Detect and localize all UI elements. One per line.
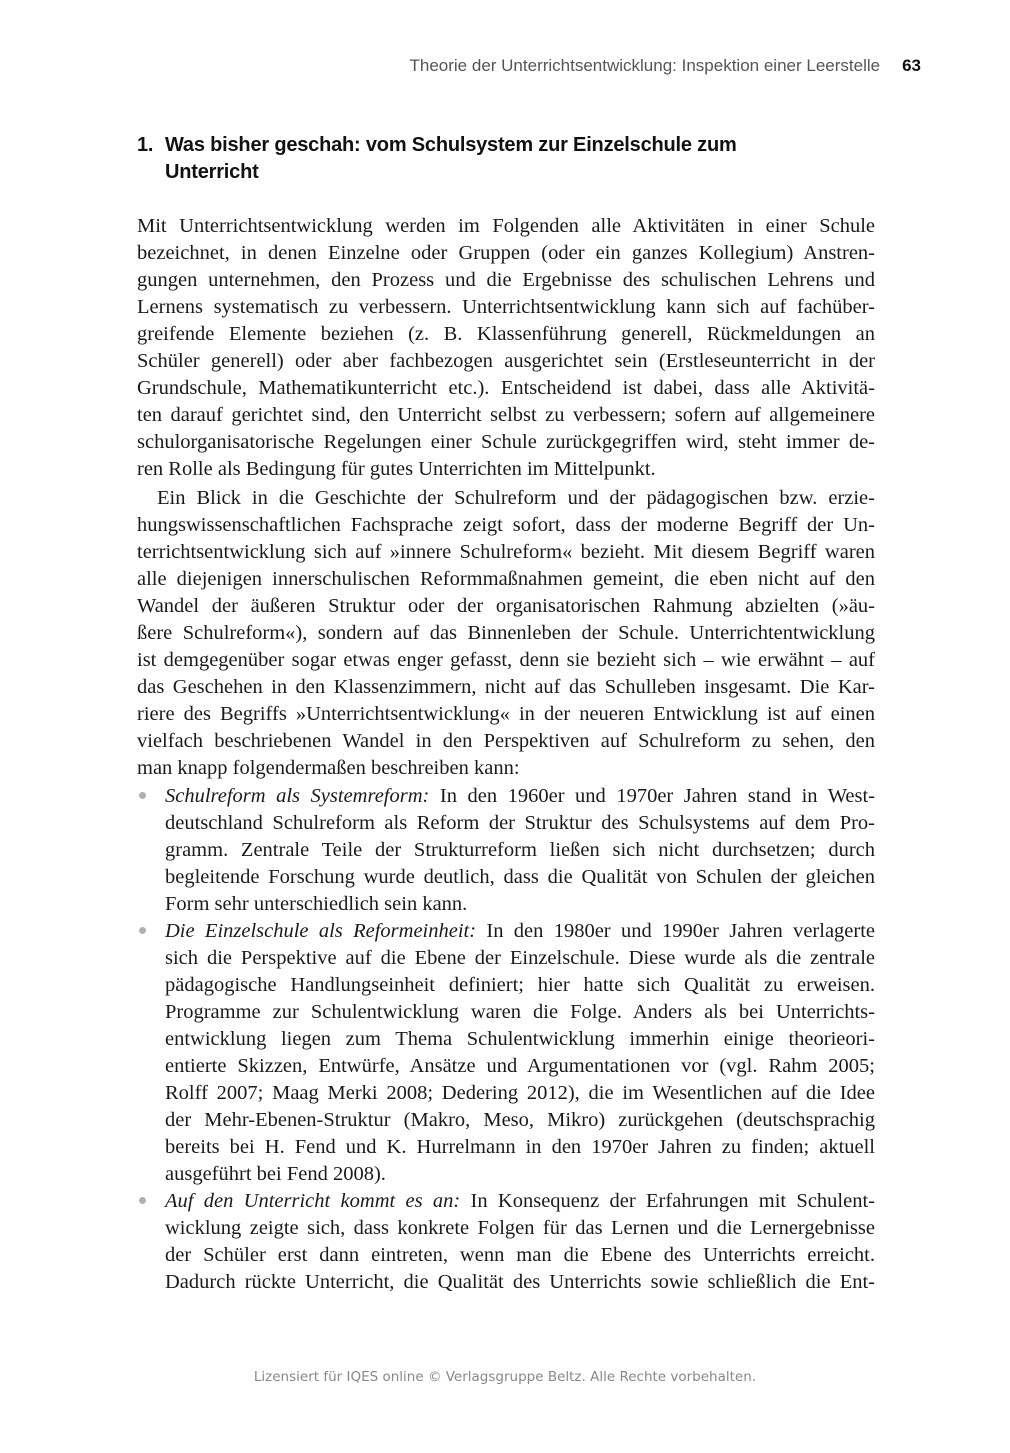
text-line: riere des Begriffs »Unterrichtsentwicklu… — [137, 701, 875, 728]
text-line: ren Rolle als Bedingung für gutes Unterr… — [137, 456, 875, 483]
bullet-item-einzelschule: Die Einzelschule als Reformeinheit: In d… — [137, 918, 875, 1188]
text-line: deutschland Schulreform als Reform der S… — [165, 810, 875, 837]
text-line: entwicklung liegen zum Thema Schulentwic… — [165, 1026, 875, 1053]
text-line: Schüler generell) oder aber fachbezogen … — [137, 348, 875, 375]
text-line: ausgeführt bei Fend 2008). — [165, 1161, 875, 1188]
text-line: Rolff 2007; Maag Merki 2008; Dedering 20… — [165, 1080, 875, 1107]
text-line: Ein Blick in die Geschichte der Schulref… — [137, 485, 875, 512]
section-title-line-1: Was bisher geschah: vom Schulsystem zur … — [165, 132, 857, 159]
section-title-line-2: Unterricht — [165, 159, 857, 186]
text-line: pädagogische Handlungseinheit definiert;… — [165, 972, 875, 999]
paragraph-1: Mit Unterrichtsentwicklung werden im Fol… — [137, 213, 875, 483]
text-line: Wandel der äußeren Struktur oder der org… — [137, 593, 875, 620]
text-line: begleitende Forschung wurde deutlich, da… — [165, 864, 875, 891]
bullet-term: Auf den Unterricht kommt es an: — [165, 1190, 460, 1212]
text-line: vielfach beschriebenen Wandel in den Per… — [137, 728, 875, 755]
text-line: der Schüler erst dann eintreten, wenn ma… — [165, 1242, 875, 1269]
paragraph-2: Ein Blick in die Geschichte der Schulref… — [137, 485, 875, 782]
section-number: 1. — [137, 132, 153, 159]
license-footer: Lizensiert für IQES online © Verlagsgrup… — [0, 1369, 1010, 1385]
running-header: Theorie der Unterrichtsentwicklung: Insp… — [0, 56, 921, 76]
text-line: Lernens systematisch zu verbessern. Unte… — [137, 294, 875, 321]
text-line: man knapp folgendermaßen beschreiben kan… — [137, 755, 875, 782]
text-line: Form sehr unterschiedlich sein kann. — [165, 891, 875, 918]
bullet-icon — [139, 792, 146, 799]
text-line: ßere Schulreform«), sondern auf das Binn… — [137, 620, 875, 647]
text-line: alle diejenigen innerschulischen Reformm… — [137, 566, 875, 593]
text-line: Grundschule, Mathematikunterricht etc.).… — [137, 375, 875, 402]
text-line: gungen unternehmen, den Prozess und die … — [137, 267, 875, 294]
bullet-item-unterricht: Auf den Unterricht kommt es an: In Konse… — [137, 1188, 875, 1296]
section-heading: 1. Was bisher geschah: vom Schulsystem z… — [137, 132, 857, 186]
text-run: In Konsequenz der Erfahrungen mit Schule… — [460, 1190, 875, 1212]
text-run: In den 1980er und 1990er Jahren verlager… — [476, 920, 875, 942]
text-line: der Mehr-Ebenen-Struktur (Makro, Meso, M… — [165, 1107, 875, 1134]
page-number: 63 — [902, 56, 921, 76]
text-line: hungswissenschaftlichen Fachsprache zeig… — [137, 512, 875, 539]
bullet-item-systemreform: Schulreform als Systemreform: In den 196… — [137, 783, 875, 918]
text-line: bezeichnet, in denen Einzelne oder Grupp… — [137, 240, 875, 267]
text-line: greifende Elemente beziehen (z. B. Klass… — [137, 321, 875, 348]
text-line: Mit Unterrichtsentwicklung werden im Fol… — [137, 213, 875, 240]
text-line: ist demgegenüber sogar etwas enger gefas… — [137, 647, 875, 674]
text-line: bereits bei H. Fend und K. Hurrelmann in… — [165, 1134, 875, 1161]
text-line: Dadurch rückte Unterricht, die Qualität … — [165, 1269, 875, 1296]
text-line: ten darauf gerichtet sind, den Unterrich… — [137, 402, 875, 429]
text-line: wicklung zeigte sich, dass konkrete Folg… — [165, 1215, 875, 1242]
bullet-icon — [139, 927, 146, 934]
text-line: entierte Skizzen, Entwürfe, Ansätze und … — [165, 1053, 875, 1080]
text-run: In den 1960er und 1970er Jahren stand in… — [429, 785, 875, 807]
bullet-term: Die Einzelschule als Reformeinheit: — [165, 920, 476, 942]
text-line: gramm. Zentrale Teile der Strukturreform… — [165, 837, 875, 864]
text-line: Programme zur Schulentwicklung waren die… — [165, 999, 875, 1026]
bullet-term: Schulreform als Systemreform: — [165, 785, 429, 807]
text-line: das Geschehen in den Klassenzimmern, nic… — [137, 674, 875, 701]
bullet-icon — [139, 1197, 146, 1204]
text-line: schulorganisatorische Regelungen einer S… — [137, 429, 875, 456]
running-title: Theorie der Unterrichtsentwicklung: Insp… — [410, 56, 881, 75]
text-line: terrichtsentwicklung sich auf »innere Sc… — [137, 539, 875, 566]
text-line: sich die Perspektive auf die Ebene der E… — [165, 945, 875, 972]
